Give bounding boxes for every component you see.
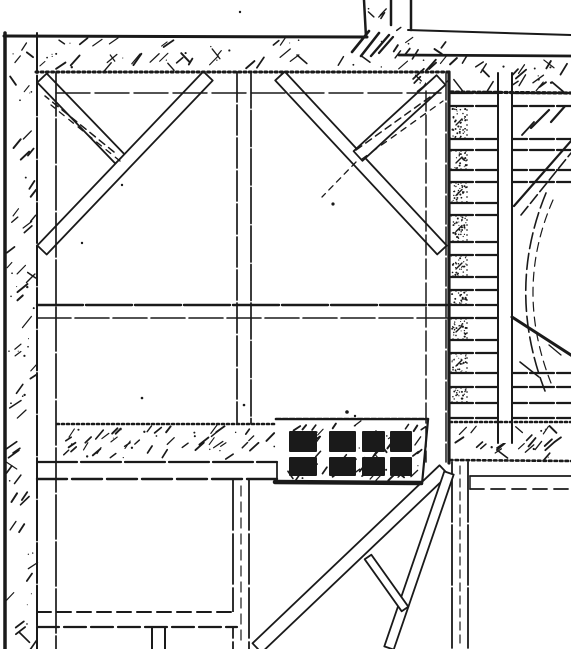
wall-corner-patch (394, 27, 413, 57)
right-end-post (426, 72, 446, 462)
joist-pocket (450, 151, 467, 169)
lower-left-beam (37, 612, 237, 627)
ink-speck (243, 404, 246, 407)
joist-rung (449, 277, 498, 290)
joist-pocket (450, 354, 467, 372)
sill-right-dotted-bottom (450, 460, 571, 461)
joist-wall-post (498, 73, 512, 443)
beam-section-square (329, 431, 356, 452)
wall-stub-top-strip (368, 8, 387, 19)
joist-pocket (450, 291, 467, 304)
ink-speck (121, 184, 123, 186)
ink-speck (239, 11, 241, 13)
beam-section-grid (289, 431, 412, 476)
curved-brace-inner (533, 200, 553, 383)
ink-speck (141, 397, 144, 400)
ink-speck (345, 410, 349, 414)
beam-section-square (390, 457, 412, 476)
joist-rung (449, 340, 498, 353)
bottom-stub-post (152, 628, 165, 649)
joist-pocket (450, 183, 467, 202)
diag-upper-dashed (521, 153, 571, 215)
blueprint-drawing (0, 0, 571, 649)
wall-top-right-dotted-soffit (451, 92, 571, 93)
joist-rung (449, 203, 498, 215)
joist-pocket (450, 256, 467, 276)
drawing-svg (0, 0, 571, 649)
right-bay-hidden-brace-a (356, 92, 437, 150)
brace-lower-strut (365, 555, 409, 612)
beam-section-square (390, 431, 412, 452)
top-right-face-line (408, 30, 571, 35)
lower-right-post (452, 462, 468, 649)
beam-section-square (289, 457, 317, 476)
ink-speck (81, 242, 83, 244)
joist-pocket (450, 216, 467, 241)
mid-post-upper (238, 72, 251, 424)
stub-strip-left-edge (364, 0, 366, 37)
right-bay-hidden-brace-c (322, 162, 356, 197)
wall-left-masonry (5, 77, 38, 649)
joist-pocket (450, 319, 467, 339)
grid-band-bottom-edge (275, 482, 421, 483)
ink-speck (331, 202, 334, 205)
wall-top-right-upper-edge (399, 55, 571, 56)
joist-wall-post-layer (498, 73, 512, 443)
beam-section-square (329, 457, 356, 476)
joist-rung (449, 305, 498, 318)
left-sill-beam (37, 462, 277, 479)
heavy-hatch-strokes (352, 31, 566, 135)
mid-rail-beam (37, 305, 447, 318)
joist-pocket (450, 106, 467, 138)
beam-section-square (289, 431, 317, 452)
sill-band-left (64, 424, 275, 459)
joist-rung (449, 242, 498, 255)
wall-top-masonry (12, 37, 445, 71)
joist-pocket (450, 388, 467, 402)
right-sill-beam (470, 476, 571, 489)
beam-section-square (362, 457, 385, 476)
diag-lower-heavy (512, 317, 571, 357)
wall-top-outer-edge (4, 36, 367, 37)
ink-speck (354, 415, 356, 417)
beam-section-square (362, 431, 385, 452)
